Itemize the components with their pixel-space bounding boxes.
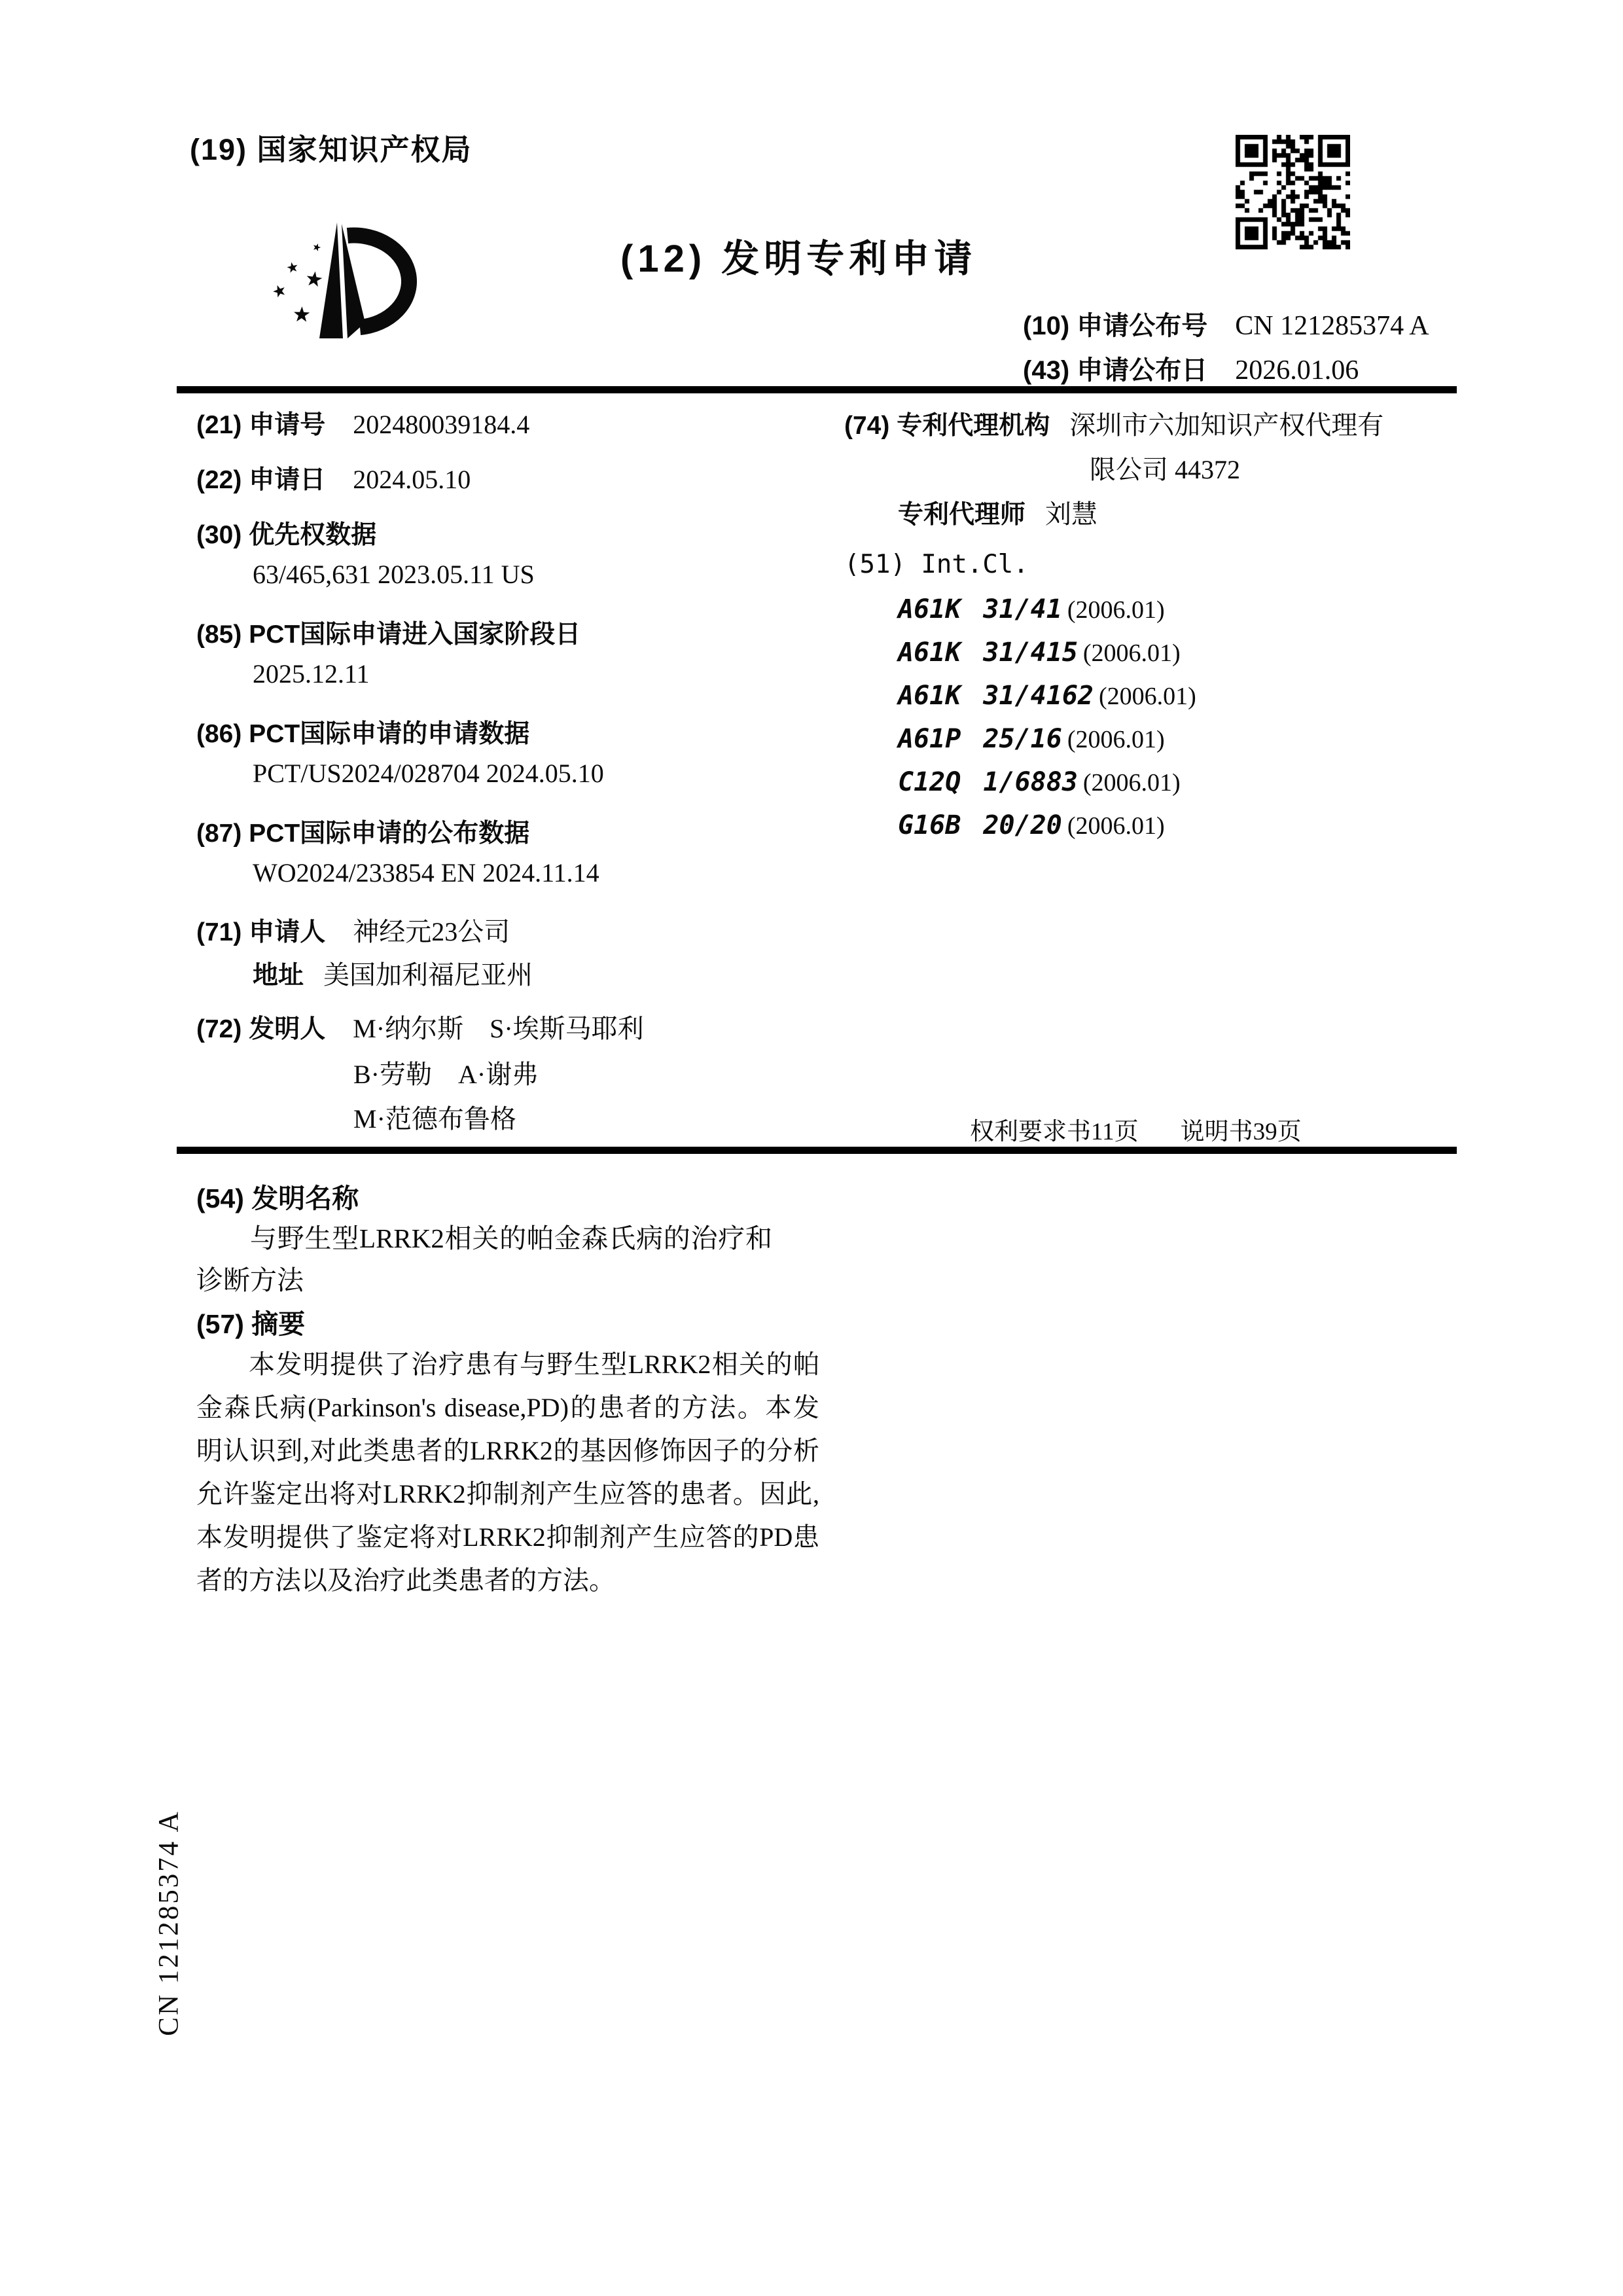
- address-label: 地址: [253, 955, 304, 992]
- description-pages: 说明书39页: [1181, 1119, 1302, 1145]
- field-71-label: (71) 申请人: [196, 912, 325, 948]
- ipc-code: A61K 31/415: [898, 637, 1078, 668]
- vertical-document-number: CN 121285374 A: [153, 1753, 185, 2093]
- field-86-label: (86) PCT国际申请的申请数据: [196, 720, 529, 748]
- header-divider: [177, 386, 1457, 393]
- publication-number-value: CN 121285374 A: [1235, 310, 1429, 342]
- field-30-value-row: 63/465,631 2023.05.11 US: [253, 559, 535, 590]
- field-22-value: 2024.05.10: [353, 464, 471, 495]
- publication-number-label: (10) 申请公布号: [1023, 305, 1207, 342]
- ipc-version: (2006.01): [1067, 812, 1165, 840]
- field-54: (54) 发明名称: [196, 1177, 359, 1215]
- patent-front-page: (19) 国家知识产权局 (12) 发明专利申请 (10) 申请公布号 CN 1…: [0, 0, 1623, 2296]
- field-85-label: (85) PCT国际申请进入国家阶段日: [196, 620, 580, 649]
- field-21-value: 202480039184.4: [353, 409, 529, 440]
- publication-date-line: (43) 申请公布日 2026.01.06: [1023, 350, 1359, 387]
- ipc-entry: G16B 20/20 (2006.01): [898, 810, 1165, 840]
- qr-code: [1236, 135, 1350, 249]
- field-54-label: (54) 发明名称: [196, 1183, 359, 1213]
- field-87-label: (87) PCT国际申请的公布数据: [196, 819, 529, 848]
- agent-label: 专利代理师: [898, 494, 1026, 531]
- ipc-code: A61K 31/41: [898, 594, 1062, 624]
- field-51: (51) Int.Cl.: [844, 550, 1029, 579]
- ipc-entry: C12Q 1/6883 (2006.01): [898, 767, 1181, 797]
- invention-title: 与野生型LRRK2相关的帕金森氏病的治疗和诊断方法: [196, 1217, 772, 1301]
- field-86: (86) PCT国际申请的申请数据: [196, 713, 529, 750]
- ipc-version: (2006.01): [1083, 639, 1181, 668]
- ipc-entry: A61P 25/16 (2006.01): [898, 724, 1165, 754]
- agency-name-line-2: 限公司 44372: [1090, 455, 1240, 484]
- address-value: 美国加利福尼亚州: [323, 954, 533, 992]
- field-74: (74) 专利代理机构 深圳市六加知识产权代理有: [844, 404, 1383, 442]
- abstract-text: 本发明提供了治疗患有与野生型LRRK2相关的帕金森氏病(Parkinson's …: [196, 1343, 819, 1602]
- pages-note: 权利要求书11页说明书39页: [970, 1111, 1302, 1147]
- claims-pages: 权利要求书11页: [970, 1119, 1139, 1145]
- inventor-line-3: M·范德布鲁格: [353, 1104, 516, 1134]
- publication-date-label: (43) 申请公布日: [1023, 350, 1207, 387]
- field-85-value-row: 2025.12.11: [253, 658, 370, 689]
- ipc-version: (2006.01): [1099, 682, 1196, 711]
- field-71-value: 神经元23公司: [353, 911, 510, 948]
- field-30-value: 63/465,631 2023.05.11 US: [253, 560, 535, 589]
- field-85: (85) PCT国际申请进入国家阶段日: [196, 614, 580, 651]
- field-71: (71) 申请人 神经元23公司: [196, 911, 510, 948]
- field-21: (21) 申请号 202480039184.4: [196, 404, 529, 441]
- ipc-version: (2006.01): [1067, 725, 1165, 754]
- agent-name: 刘慧: [1045, 493, 1097, 531]
- issuing-office: (19) 国家知识产权局: [190, 126, 473, 168]
- field-87-value: WO2024/233854 EN 2024.11.14: [253, 858, 599, 888]
- field-86-value: PCT/US2024/028704 2024.05.10: [253, 759, 604, 788]
- field-71-address: 地址 美国加利福尼亚州: [253, 954, 533, 992]
- publication-number-line: (10) 申请公布号 CN 121285374 A: [1023, 305, 1429, 342]
- field-85-value: 2025.12.11: [253, 659, 370, 689]
- ipc-entry: A61K 31/41 (2006.01): [898, 594, 1165, 624]
- field-30-label: (30) 优先权数据: [196, 521, 376, 549]
- inventor-row-2: B·劳勒 A·谢弗: [353, 1054, 538, 1091]
- field-74-label: (74) 专利代理机构: [844, 405, 1050, 442]
- field-86-value-row: PCT/US2024/028704 2024.05.10: [253, 758, 604, 789]
- field-57: (57) 摘要: [196, 1302, 305, 1341]
- document-type-title: (12) 发明专利申请: [620, 228, 976, 283]
- inventor-line-1: M·纳尔斯 S·埃斯马耶利: [353, 1008, 643, 1045]
- qr-code-image: [1236, 135, 1350, 249]
- ipc-version: (2006.01): [1083, 768, 1181, 797]
- agency-row-2: 限公司 44372: [1090, 449, 1240, 486]
- field-87-value-row: WO2024/233854 EN 2024.11.14: [253, 857, 599, 888]
- field-21-label: (21) 申请号: [196, 404, 325, 441]
- ipc-code: A61P 25/16: [898, 724, 1062, 754]
- ipc-code: C12Q 1/6883: [898, 767, 1078, 797]
- ipc-version: (2006.01): [1067, 596, 1165, 624]
- cnipa-logo: [264, 220, 419, 343]
- field-72: (72) 发明人 M·纳尔斯 S·埃斯马耶利: [196, 1008, 644, 1045]
- field-57-label: (57) 摘要: [196, 1309, 305, 1339]
- body-divider: [177, 1147, 1457, 1154]
- publication-date-value: 2026.01.06: [1235, 355, 1359, 386]
- field-22-label: (22) 申请日: [196, 459, 325, 496]
- field-30: (30) 优先权数据: [196, 514, 376, 551]
- agency-name-line-1: 深圳市六加知识产权代理有: [1069, 404, 1383, 442]
- inventor-line-2: B·劳勒 A·谢弗: [353, 1060, 538, 1089]
- inventor-row-3: M·范德布鲁格: [353, 1098, 516, 1136]
- field-87: (87) PCT国际申请的公布数据: [196, 813, 529, 850]
- ipc-code: G16B 20/20: [898, 810, 1062, 840]
- field-72-label: (72) 发明人: [196, 1009, 325, 1045]
- cnipa-logo-graphic: [264, 220, 419, 343]
- ipc-entry: A61K 31/4162 (2006.01): [898, 681, 1196, 711]
- ipc-code: A61K 31/4162: [898, 681, 1094, 711]
- ipc-entry: A61K 31/415 (2006.01): [898, 637, 1181, 668]
- field-22: (22) 申请日 2024.05.10: [196, 459, 471, 496]
- agent-row: 专利代理师 刘慧: [898, 493, 1097, 531]
- field-51-label: (51) Int.Cl.: [844, 550, 1029, 579]
